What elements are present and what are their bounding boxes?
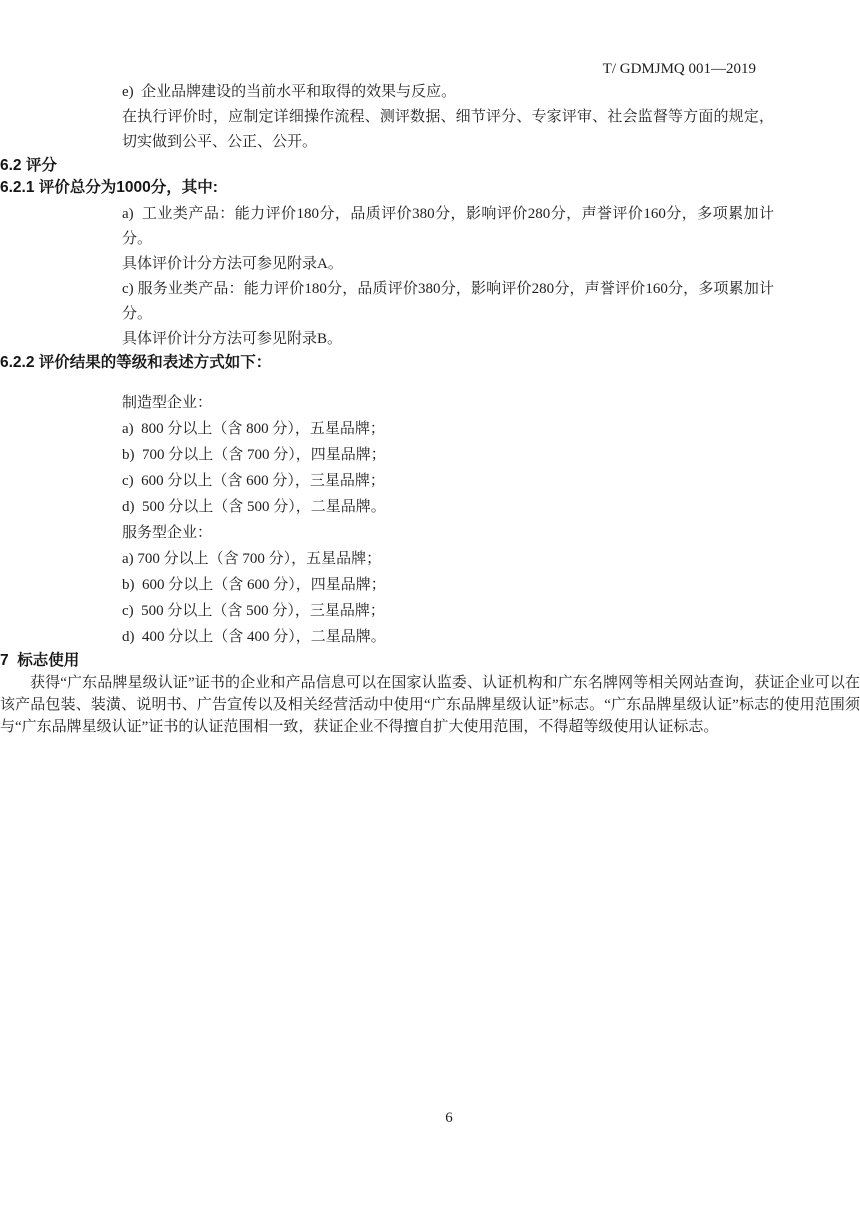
execution-paragraph: 在执行评价时，应制定详细操作流程、测评数据、细节评分、专家评审、社会监督等方面的… <box>122 105 774 155</box>
grade-item: b) 700 分以上（含 700 分），四星品牌； <box>122 442 774 468</box>
grade-item: d) 500 分以上（含 500 分），二星品牌。 <box>122 494 774 520</box>
scoring-list: a) 工业类产品：能力评价180分，品质评价380分，影响评价280分，声誉评价… <box>122 202 774 352</box>
industrial-products-item: a) 工业类产品：能力评价180分，品质评价380分，影响评价280分，声誉评价… <box>122 202 774 252</box>
document-content: e) 企业品牌建设的当前水平和取得的效果与反应。 在执行评价时，应制定详细操作流… <box>0 0 860 738</box>
grade-item: b) 600 分以上（含 600 分），四星品牌； <box>122 572 774 598</box>
grade-item: a) 700 分以上（含 700 分），五星品牌； <box>122 546 774 572</box>
grade-item: c) 600 分以上（含 600 分），三星品牌； <box>122 468 774 494</box>
grade-item: c) 500 分以上（含 500 分），三星品牌； <box>122 598 774 624</box>
grade-item: d) 400 分以上（含 400 分），二星品牌。 <box>122 624 774 650</box>
section-6-2-1-heading: 6.2.1 评价总分为1000分，其中: <box>0 177 860 199</box>
appendix-a-note: 具体评价计分方法可参见附录A。 <box>122 252 774 277</box>
manufacturing-label: 制造型企业： <box>122 390 774 416</box>
grade-item: a) 800 分以上（含 800 分），五星品牌； <box>122 416 774 442</box>
section-6-2-2-heading: 6.2.2 评价结果的等级和表述方式如下： <box>0 352 860 374</box>
section-7-heading: 7 标志使用 <box>0 650 860 672</box>
mark-usage-paragraph: 获得“广东品牌星级认证”证书的企业和产品信息可以在国家认监委、认证机构和广东名牌… <box>0 672 860 738</box>
page-number: 6 <box>0 1110 860 1127</box>
service-label: 服务型企业： <box>122 520 774 546</box>
section-6-2-heading: 6.2 评分 <box>0 155 860 177</box>
service-products-item: c) 服务业类产品：能力评价180分，品质评价380分，影响评价280分，声誉评… <box>122 277 774 327</box>
appendix-b-note: 具体评价计分方法可参见附录B。 <box>122 327 774 352</box>
grade-list: 制造型企业： a) 800 分以上（含 800 分），五星品牌； b) 700 … <box>122 390 774 650</box>
list-item-e: e) 企业品牌建设的当前水平和取得的效果与反应。 <box>122 80 774 105</box>
document-page: T/ GDMJMQ 001—2019 e) 企业品牌建设的当前水平和取得的效果与… <box>0 0 860 1215</box>
intro-block: e) 企业品牌建设的当前水平和取得的效果与反应。 在执行评价时，应制定详细操作流… <box>122 80 774 155</box>
